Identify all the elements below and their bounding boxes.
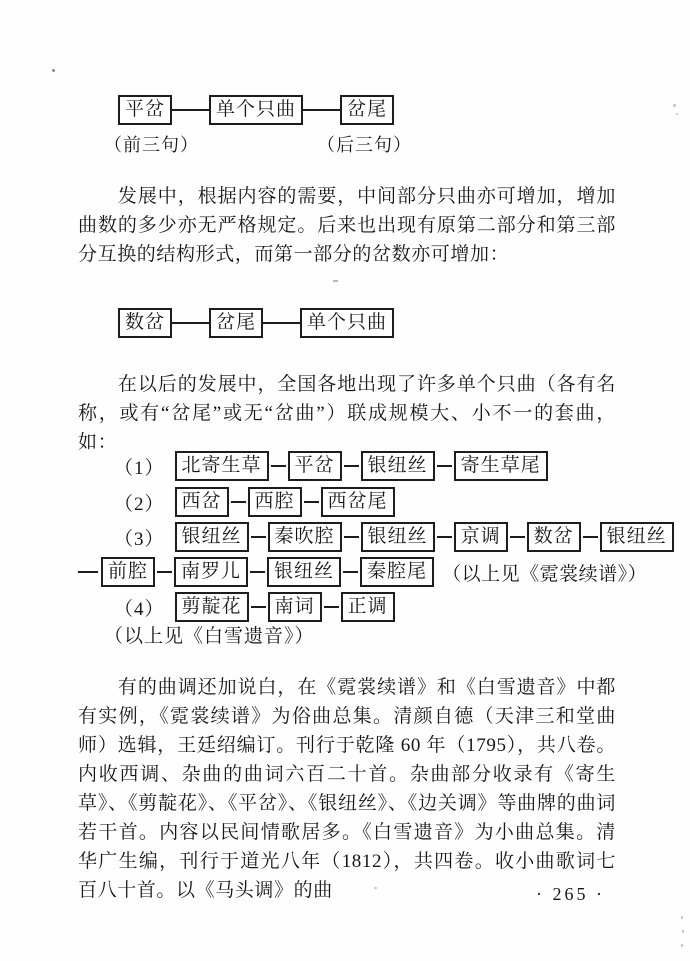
scan-speck	[52, 69, 55, 72]
source-note-2: （以上见《白雪遗音》）	[104, 621, 315, 648]
scan-speck	[673, 104, 676, 107]
tune-box: 平岔	[288, 451, 342, 481]
connector-dash	[78, 571, 98, 573]
tune-box: 寄生草尾	[454, 451, 548, 481]
connector-dash	[250, 571, 265, 573]
body-paragraph-3: 有的曲调还加说白，在《霓裳续谱》和《白雪遗音》中都有实例，《霓裳续谱》为俗曲总集…	[78, 673, 616, 905]
structure-diagram-mid: 数岔 岔尾 单个只曲	[118, 308, 394, 338]
tune-box: 西岔尾	[321, 487, 395, 517]
scan-speck	[682, 930, 684, 933]
body-paragraph-2: 在以后的发展中，全国各地出现了许多单个只曲（各有名称，或有“岔尾”或无“岔曲”）…	[78, 370, 616, 457]
tune-box: 秦吹腔	[268, 522, 342, 552]
scan-speck	[333, 280, 338, 282]
sequence-number: （2）	[114, 489, 165, 516]
page-number: · 265 ·	[536, 884, 605, 905]
tune-box: 银纽丝	[600, 522, 674, 552]
sequence-row-3: （3） 银纽丝 秦吹腔 银纽丝 京调 数岔 银纽丝	[114, 522, 674, 552]
diagram-caption-left: （前三句）	[104, 131, 199, 157]
connector-dash	[583, 536, 598, 538]
connector-line	[263, 322, 300, 324]
diagram-box: 岔尾	[209, 308, 263, 338]
tune-box: 剪靛花	[175, 592, 249, 622]
scan-speck	[676, 113, 678, 115]
sequence-number: （1）	[114, 453, 165, 480]
tune-box: 银纽丝	[361, 451, 435, 481]
tune-box: 秦腔尾	[360, 557, 434, 587]
scan-speck	[681, 916, 683, 919]
connector-line	[172, 109, 209, 111]
connector-dash	[437, 465, 452, 467]
connector-dash	[343, 571, 358, 573]
tune-box: 西腔	[248, 487, 302, 517]
tune-box: 数岔	[527, 522, 581, 552]
scan-speck	[374, 887, 377, 889]
tune-box: 南词	[268, 592, 322, 622]
diagram-box: 单个只曲	[300, 308, 394, 338]
connector-dash	[251, 536, 266, 538]
diagram-box: 数岔	[118, 308, 172, 338]
sequence-number: （3）	[114, 524, 165, 551]
connector-dash	[510, 536, 525, 538]
diagram-box: 岔尾	[340, 95, 394, 125]
sequence-row-4: （4） 剪靛花 南词 正调	[114, 592, 395, 622]
connector-dash	[344, 465, 359, 467]
tune-box: 南罗儿	[174, 557, 248, 587]
connector-dash	[157, 571, 172, 573]
sequence-row-2: （2） 西岔 西腔 西岔尾	[114, 487, 395, 517]
sequence-row-1: （1） 北寄生草 平岔 银纽丝 寄生草尾	[114, 451, 548, 481]
connector-dash	[437, 536, 452, 538]
sequence-row-3-continued: 前腔 南罗儿 银纽丝 秦腔尾 （以上见《霓裳续谱》）	[78, 557, 647, 587]
diagram-box: 平岔	[118, 95, 172, 125]
diagram-box: 单个只曲	[209, 95, 303, 125]
source-note-1: （以上见《霓裳续谱》）	[442, 559, 647, 586]
tune-box: 西岔	[175, 487, 229, 517]
structure-diagram-top: 平岔 单个只曲 岔尾	[118, 95, 394, 125]
tune-box: 银纽丝	[175, 522, 249, 552]
connector-dash	[324, 606, 339, 608]
scan-speck	[681, 944, 683, 947]
connector-dash	[271, 465, 286, 467]
connector-line	[172, 322, 209, 324]
tune-box: 北寄生草	[175, 451, 269, 481]
scanned-book-page: 平岔 单个只曲 岔尾 （前三句） （后三句） 发展中，根据内容的需要，中间部分只…	[0, 0, 690, 961]
tune-box: 前腔	[101, 557, 155, 587]
tune-box: 银纽丝	[267, 557, 341, 587]
connector-dash	[344, 536, 359, 538]
connector-line	[303, 109, 340, 111]
tune-box: 正调	[341, 592, 395, 622]
connector-dash	[231, 501, 246, 503]
tune-box: 京调	[454, 522, 508, 552]
connector-dash	[304, 501, 319, 503]
body-paragraph-1: 发展中，根据内容的需要，中间部分只曲亦可增加，增加曲数的多少亦无严格规定。后来也…	[78, 182, 616, 269]
diagram-caption-right: （后三句）	[317, 131, 412, 157]
connector-dash	[251, 606, 266, 608]
sequence-number: （4）	[114, 594, 165, 621]
tune-box: 银纽丝	[361, 522, 435, 552]
